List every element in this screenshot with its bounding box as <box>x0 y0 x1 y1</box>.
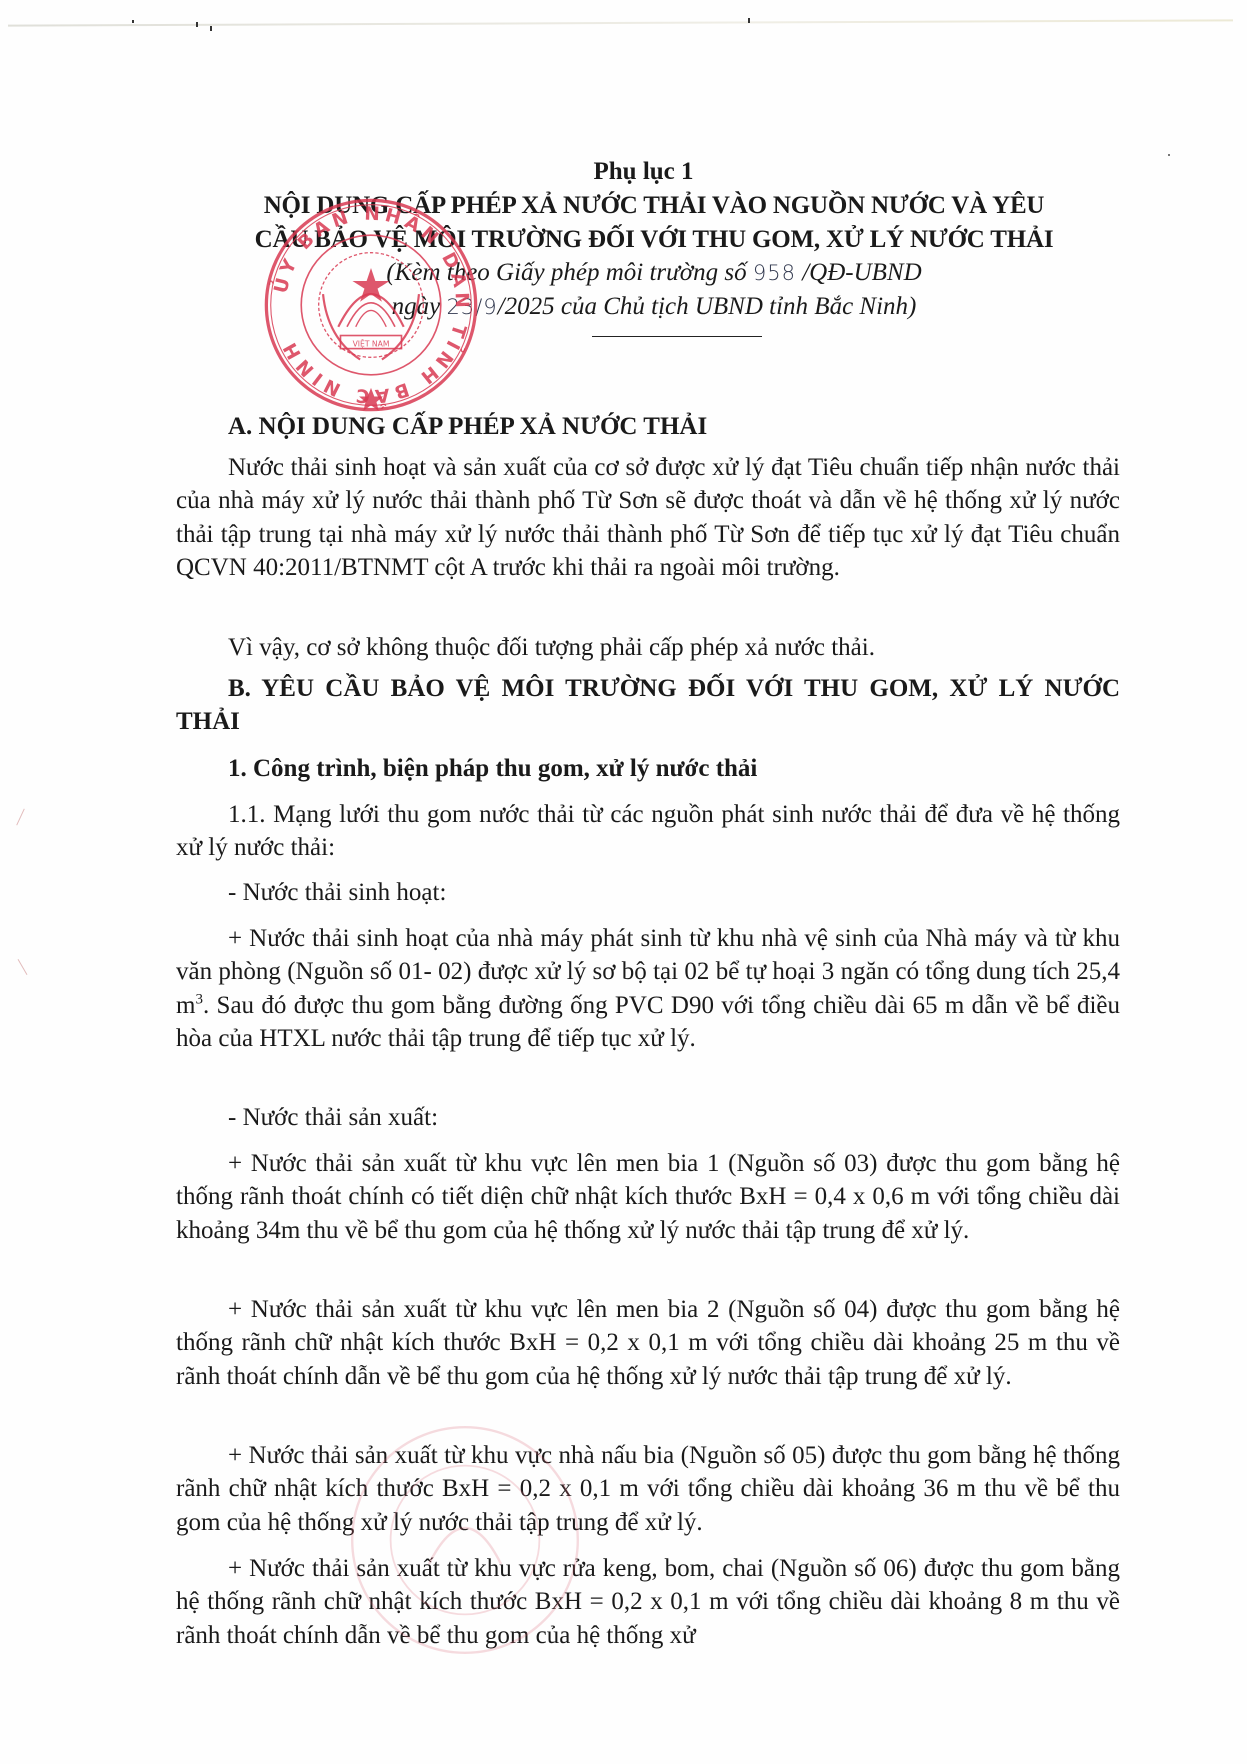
section-a-heading: A. NỘI DUNG CẤP PHÉP XẢ NƯỚC THẢI <box>228 410 1172 443</box>
scan-edge-line <box>8 19 1233 26</box>
superscript: 3 <box>195 991 203 1007</box>
title-line-2: CẦU BẢO VỆ MÔI TRƯỜNG ĐỐI VỚI THU GOM, X… <box>176 226 1132 254</box>
margin-mark <box>16 809 25 826</box>
subtitle-line-1: (Kèm theo Giấy phép môi trường số 958 /Q… <box>176 259 1132 287</box>
scan-speck <box>1168 154 1170 156</box>
section-a-paragraph-2: Vì vậy, cơ sở không thuộc đối tượng phải… <box>176 631 1120 664</box>
handwritten-date: 23/9 <box>446 295 497 319</box>
domestic-text-b: . Sau đó được thu gom bằng đường ống PVC… <box>176 992 1120 1052</box>
title-line-1: NỘI DUNG CẤP PHÉP XẢ NƯỚC THẢI VÀO NGUỒN… <box>176 192 1132 220</box>
scan-speck <box>196 22 198 27</box>
appendix-label: Phụ lục 1 <box>0 158 1247 186</box>
production-label: - Nước thải sản xuất: <box>176 1101 1120 1134</box>
production-item-2: + Nước thải sản xuất từ khu vực lên men … <box>176 1293 1120 1393</box>
subtitle-line-2: ngày 23/9/2025 của Chủ tịch UBND tỉnh Bắ… <box>176 293 1132 321</box>
stamp-inner-text: VIỆT NAM <box>353 339 390 348</box>
margin-mark <box>18 959 28 975</box>
subtitle-suffix: /QĐ-UBND <box>796 259 922 286</box>
production-item-3: + Nước thải sản xuất từ khu vực nhà nấu … <box>176 1439 1120 1539</box>
subsection-1-heading: 1. Công trình, biện pháp thu gom, xử lý … <box>176 752 1120 785</box>
scan-speck <box>132 20 134 23</box>
item-1-1: 1.1. Mạng lưới thu gom nước thải từ các … <box>176 798 1120 865</box>
scan-speck <box>210 26 212 31</box>
scan-speck <box>748 18 750 23</box>
domestic-label: - Nước thải sinh hoạt: <box>176 876 1120 909</box>
section-b-heading: B. YÊU CẦU BẢO VỆ MÔI TRƯỜNG ĐỐI VỚI THU… <box>176 672 1120 739</box>
production-item-1: + Nước thải sản xuất từ khu vực lên men … <box>176 1147 1120 1247</box>
section-a-paragraph-1: Nước thải sinh hoạt và sản xuất của cơ s… <box>176 451 1120 585</box>
production-item-4: + Nước thải sản xuất từ khu vực rửa keng… <box>176 1552 1120 1652</box>
document-page: Phụ lục 1 NỘI DUNG CẤP PHÉP XẢ NƯỚC THẢI… <box>0 0 1247 1764</box>
subtitle-date-suffix: /2025 của Chủ tịch UBND tỉnh Bắc Ninh) <box>498 293 917 320</box>
header-divider <box>592 336 762 337</box>
subtitle-prefix: (Kèm theo Giấy phép môi trường số <box>386 259 753 286</box>
subtitle-date-prefix: ngày <box>392 293 447 320</box>
domestic-paragraph: + Nước thải sinh hoạt của nhà máy phát s… <box>176 922 1120 1056</box>
handwritten-permit-number: 958 <box>753 261 796 285</box>
